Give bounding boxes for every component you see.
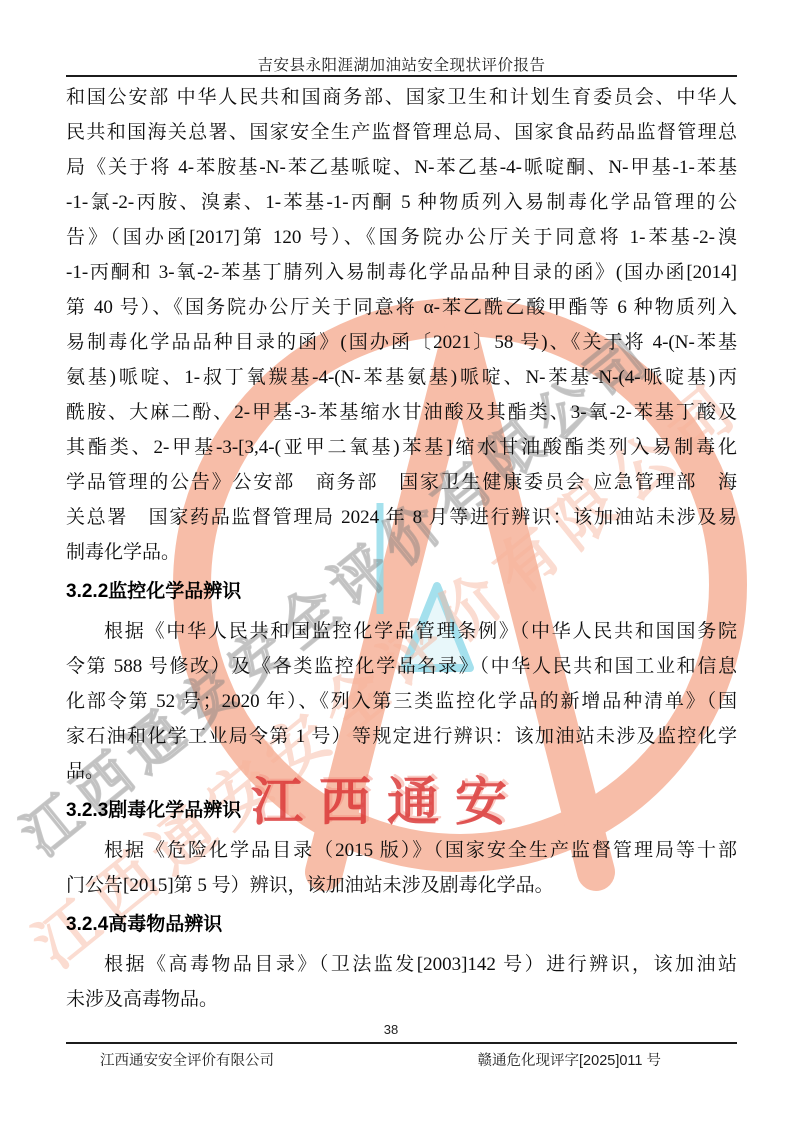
document-body: 和国公安部 中华人民共和国商务部、国家卫生和计划生育委员会、中华人 民共和国海关… — [66, 80, 737, 1017]
page-number: 38 — [66, 1022, 716, 1037]
body-line: 氨基)哌啶、1-叔丁氧羰基-4-(N-苯基氨基)哌啶、N-苯基-N-(4-哌啶基… — [66, 360, 737, 395]
body-line: 局《关于将 4-苯胺基-N-苯乙基哌啶、N-苯乙基-4-哌啶酮、N-甲基-1-苯… — [66, 150, 737, 185]
body-line: 关总署 国家药品监督管理局 2024 年 8 月等进行辨识：该加油站未涉及易 — [66, 500, 737, 535]
body-line: 根据《中华人民共和国监控化学品管理条例》（中华人民共和国国务院 — [66, 614, 737, 649]
footer-rule — [66, 1042, 737, 1044]
body-line: -1-氯-2-丙胺、溴素、1-苯基-1-丙酮 5 种物质列入易制毒化学品管理的公 — [66, 185, 737, 220]
body-line: 制毒化学品。 — [66, 535, 737, 570]
body-line: 令第 588 号修改）及《各类监控化学品名录》（中华人民共和国工业和信息 — [66, 649, 737, 684]
body-line: 品。 — [66, 754, 737, 789]
body-line: 学品管理的公告》公安部 商务部 国家卫生健康委员会 应急管理部 海 — [66, 465, 737, 500]
body-line: 其酯类、2-甲基-3-[3,4-(亚甲二氧基)苯基]缩水甘油酸酯类列入易制毒化 — [66, 430, 737, 465]
page-header-title: 吉安县永阳涯湖加油站安全现状评价报告 — [66, 53, 737, 75]
body-line: 未涉及高毒物品。 — [66, 982, 737, 1017]
body-line: 第 40 号）、《国务院办公厅关于同意将 α-苯乙酰乙酸甲酯等 6 种物质列入 — [66, 290, 737, 325]
body-line: 门公告[2015]第 5 号）辨识，该加油站未涉及剧毒化学品。 — [66, 868, 737, 903]
body-line: -1-丙酮和 3-氧-2-苯基丁腈列入易制毒化学品品种目录的函》(国办函[201… — [66, 255, 737, 290]
body-line: 民共和国海关总署、国家安全生产监督管理总局、国家食品药品监督管理总 — [66, 115, 737, 150]
body-line: 和国公安部 中华人民共和国商务部、国家卫生和计划生育委员会、中华人 — [66, 80, 737, 115]
report-page: { "header": { "title": "吉安县永阳涯湖加油站安全现状评价… — [0, 0, 793, 1122]
header-rule — [66, 75, 737, 77]
body-line: 家石油和化学工业局令第 1 号）等规定进行辨识：该加油站未涉及监控化学 — [66, 719, 737, 754]
section-heading-3-2-3: 3.2.3剧毒化学品辨识 — [66, 791, 737, 831]
body-line: 易制毒化学品品种目录的函》(国办函〔2021〕58 号)、《关于将 4-(N-苯… — [66, 325, 737, 360]
body-line: 告》（国办函[2017]第 120 号）、《国务院办公厅关于同意将 1-苯基-2… — [66, 220, 737, 255]
section-heading-3-2-4: 3.2.4高毒物品辨识 — [66, 905, 737, 945]
body-line: 根据《高毒物品目录》（卫法监发[2003]142 号）进行辨识，该加油站 — [66, 947, 737, 982]
page-footer: 江西通安安全评价有限公司 赣通危化现评字[2025]011 号 — [66, 1049, 737, 1070]
footer-doc-number: 赣通危化现评字[2025]011 号 — [478, 1049, 661, 1070]
body-line: 酰胺、大麻二酚、2-甲基-3-苯基缩水甘油酸及其酯类、3-氧-2-苯基丁酸及 — [66, 395, 737, 430]
body-line: 化部令第 52 号；2020 年）、《列入第三类监控化学品的新增品种清单》（国 — [66, 684, 737, 719]
body-line: 根据《危险化学品目录（2015 版）》（国家安全生产监督管理局等十部 — [66, 833, 737, 868]
footer-company-name: 江西通安安全评价有限公司 — [100, 1049, 274, 1070]
section-heading-3-2-2: 3.2.2监控化学品辨识 — [66, 572, 737, 612]
